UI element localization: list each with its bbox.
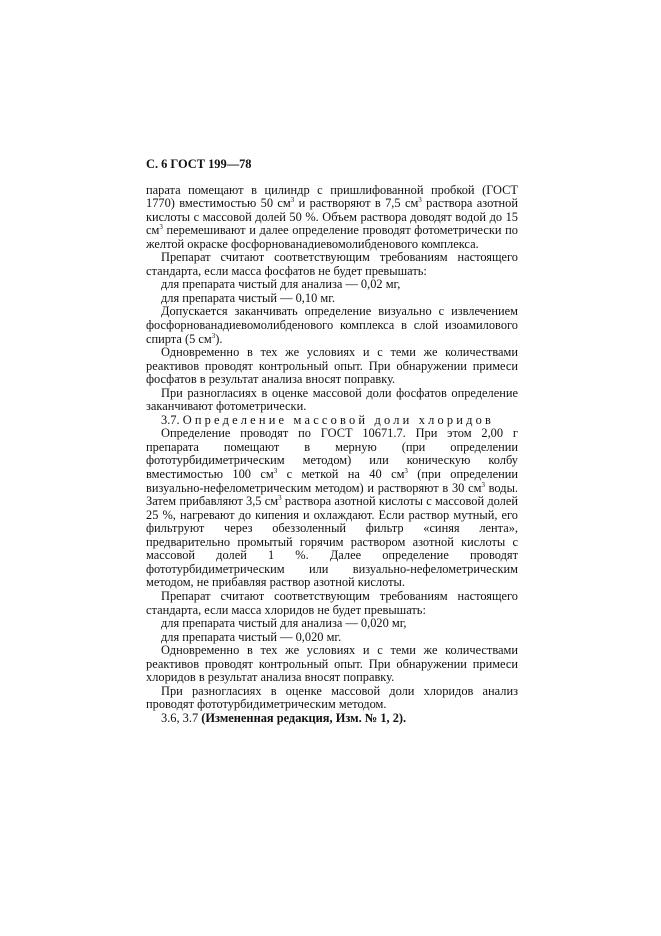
page-header: С. 6 ГОСТ 199—78 [146,158,518,172]
paragraph: При разногласиях в оценке массовой доли … [146,685,518,712]
amendment-note: 3.6, 3.7 (Измененная редакция, Изм. № 1,… [146,712,518,726]
list-item: для препарата чистый — 0,10 мг. [146,292,518,306]
paragraph: Определение проводят по ГОСТ 10671.7. Пр… [146,427,518,590]
paragraph: При разногласиях в оценке массовой доли … [146,387,518,414]
list-item: для препарата чистый для анализа — 0,02 … [146,278,518,292]
list-item: для препарата чистый — 0,020 мг. [146,631,518,645]
section-heading: 3.7. Определение массовой доли хлоридов [146,414,518,428]
paragraph: Одновременно в тех же условиях и с теми … [146,346,518,387]
document-page: С. 6 ГОСТ 199—78 парата помещают в цилин… [146,158,518,725]
paragraph: Препарат считают соответствующим требова… [146,251,518,278]
list-item: для препарата чистый для анализа — 0,020… [146,617,518,631]
paragraph: Одновременно в тех же условиях и с теми … [146,644,518,685]
paragraph: Препарат считают соответствующим требова… [146,590,518,617]
paragraph: парата помещают в цилиндр с пришлифованн… [146,184,518,252]
paragraph: Допускается заканчивать определение визу… [146,305,518,346]
